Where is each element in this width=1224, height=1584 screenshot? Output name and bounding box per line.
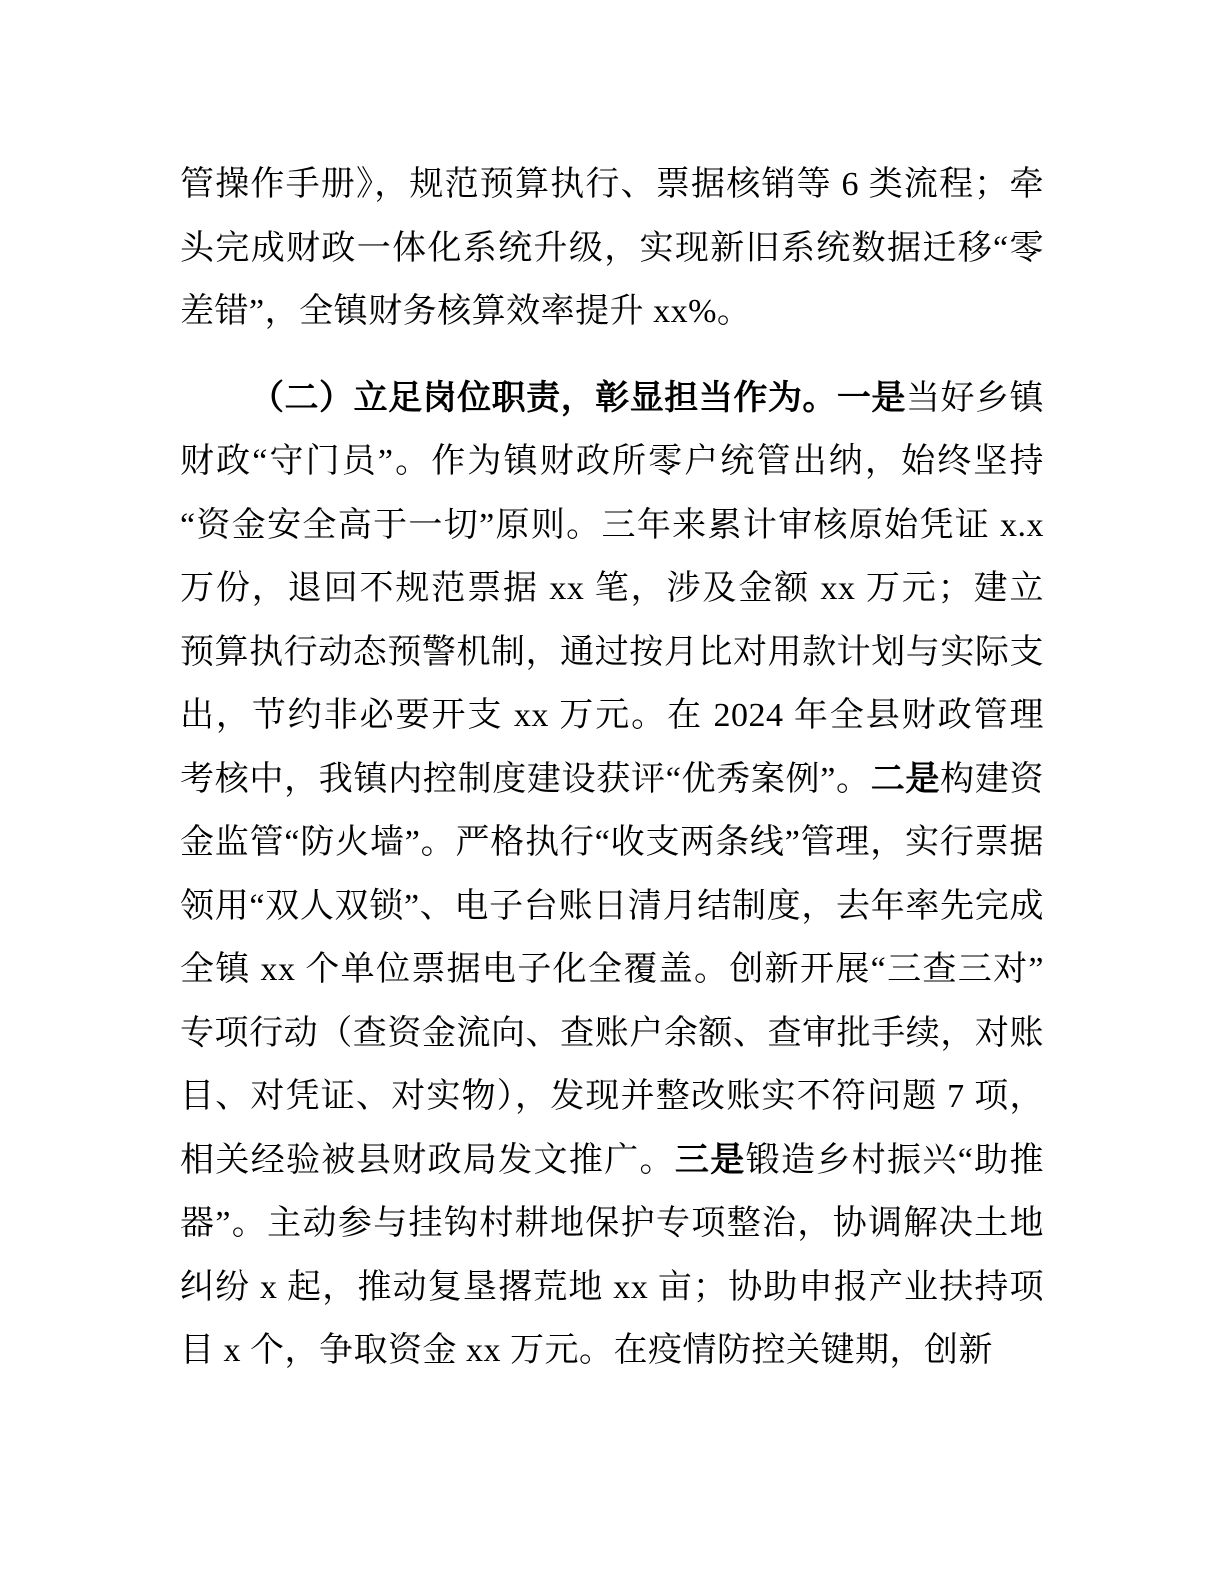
emphasis-text: 一是	[837, 379, 906, 417]
paragraph: 管操作手册》，规范预算执行、票据核销等 6 类流程；牵头完成财政一体化系统升级，…	[180, 153, 1044, 344]
document-page: 管操作手册》，规范预算执行、票据核销等 6 类流程；牵头完成财政一体化系统升级，…	[0, 0, 1224, 1584]
body-text: 构建资金监管“防火墙”。严格执行“收支两条线”管理，实行票据领用“双人双锁”、电…	[180, 761, 1044, 1179]
emphasis-text: （二）立足岗位职责，彰显担当作为。	[250, 379, 837, 417]
paragraph: （二）立足岗位职责，彰显担当作为。一是当好乡镇财政“守门员”。作为镇财政所零户统…	[180, 367, 1044, 1383]
document-body: 管操作手册》，规范预算执行、票据核销等 6 类流程；牵头完成财政一体化系统升级，…	[180, 153, 1044, 1383]
body-text: 管操作手册》，规范预算执行、票据核销等 6 类流程；牵头完成财政一体化系统升级，…	[180, 166, 1044, 330]
emphasis-text: 二是	[871, 760, 940, 798]
body-text: 当好乡镇财政“守门员”。作为镇财政所零户统管出纳，始终坚持“资金安全高于一切”原…	[180, 380, 1044, 798]
emphasis-text: 三是	[675, 1141, 746, 1179]
